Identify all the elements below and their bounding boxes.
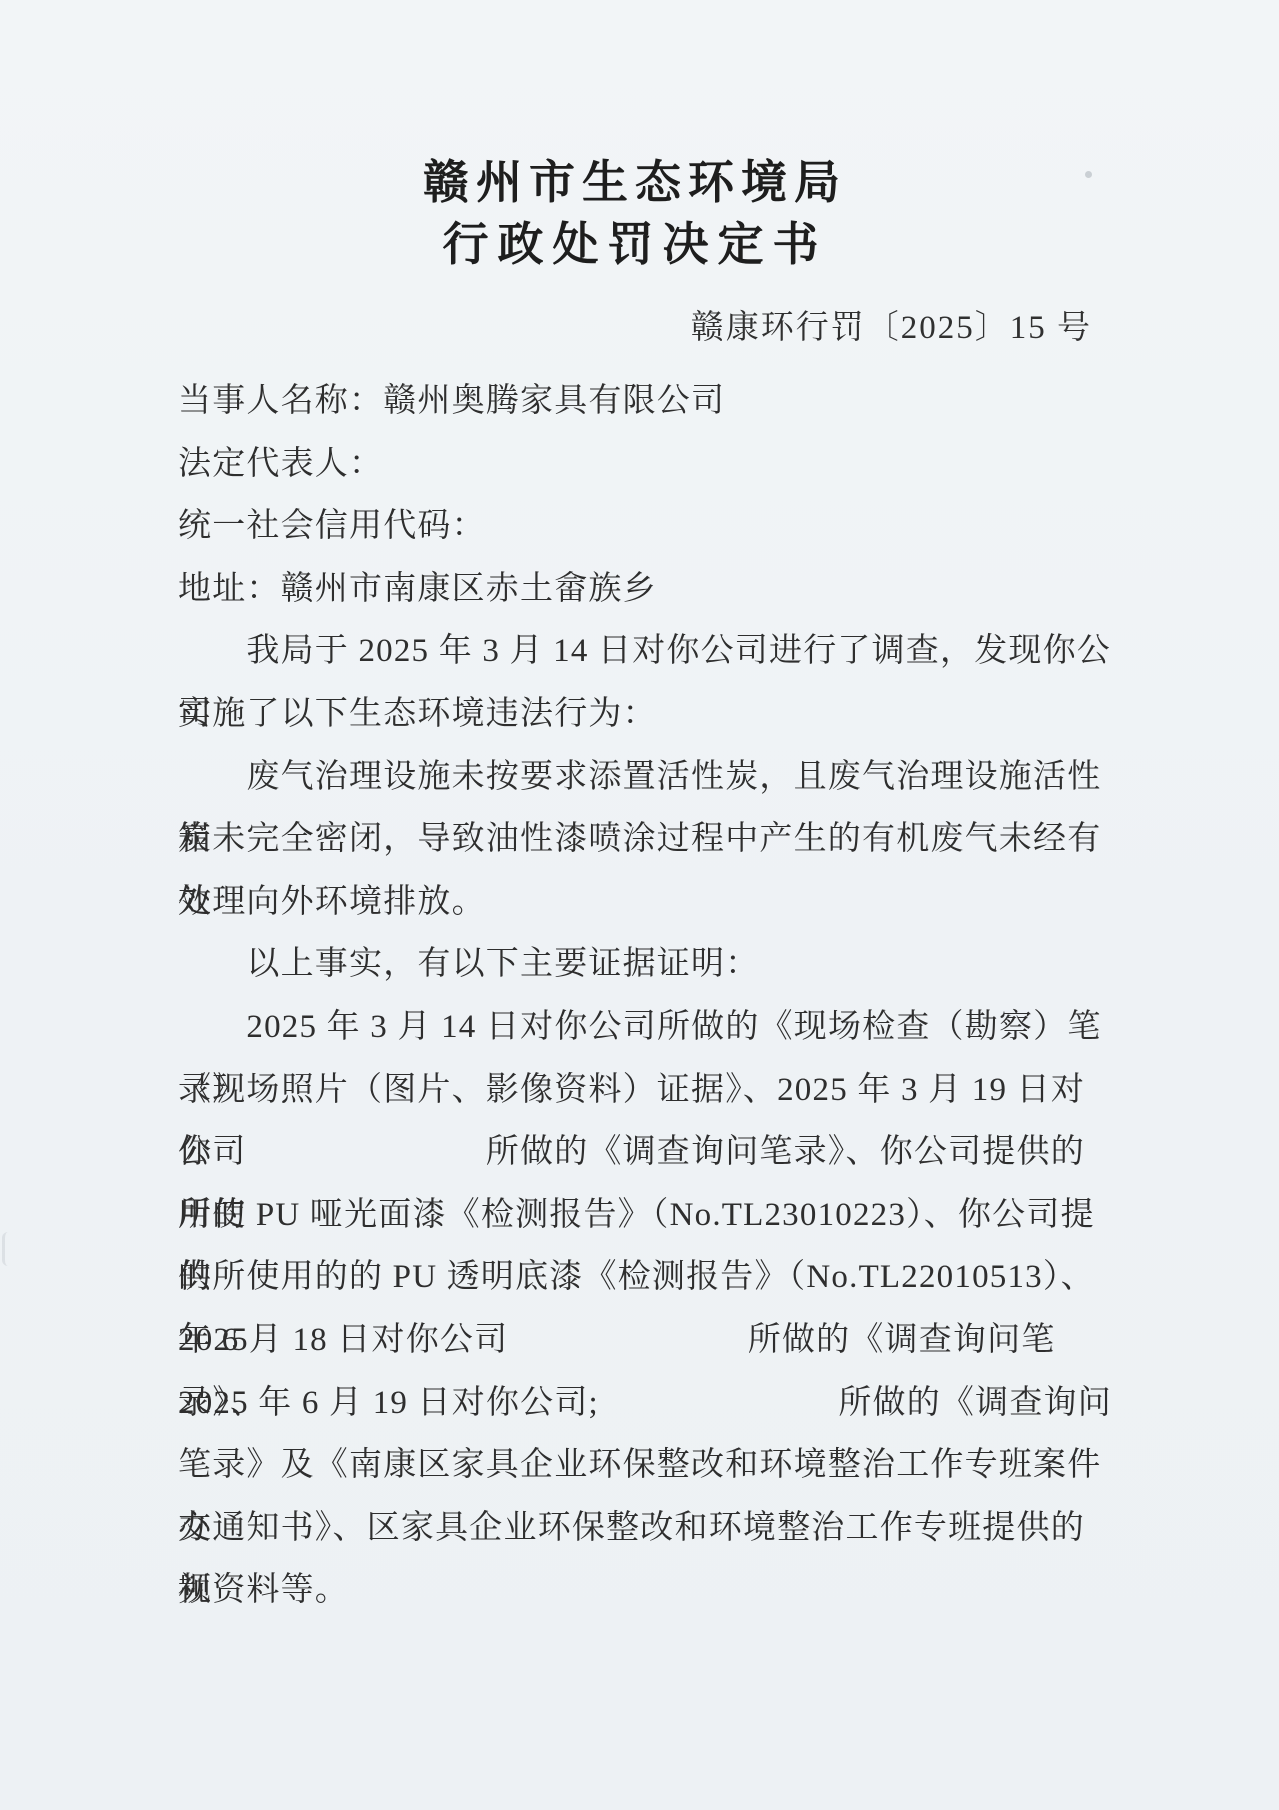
body-line: 实施了以下生态环境违法行为： (178, 683, 1112, 746)
body-line: 处理向外环境排放。 (178, 871, 1112, 934)
body-line: 办通知书》、区家具企业环保整改和环境整治工作专班提供的视 (178, 1497, 1112, 1560)
body-line: 用的 PU 哑光面漆《检测报告》（No.TL23010223）、你公司提供 (178, 1184, 1112, 1247)
body-line-address: 地址：赣州市南康区赤土畲族乡 (178, 558, 1112, 621)
document-number: 赣康环行罚〔2025〕15 号 (178, 301, 1092, 348)
body-line: 2025 年 3 月 14 日对你公司所做的《现场检查（勘察）笔录》 (178, 996, 1112, 1059)
body-line: 箱未完全密闭，导致油性漆喷涂过程中产生的有机废气未经有效 (178, 808, 1112, 871)
body-line-redacted-gap: 2025 年 6 月 19 日对你公司; 所做的《调查询问 (178, 1372, 1112, 1435)
body-line-redacted-gap: 年 6 月 18 日对你公司 所做的《调查询问笔录》、 (178, 1309, 1112, 1372)
body-line: 《现场照片（图片、影像资料）证据》、2025 年 3 月 19 日对你 (178, 1059, 1112, 1122)
document-title-type: 行政处罚决定书 (178, 208, 1092, 274)
body-line-party-name: 当事人名称：赣州奥腾家具有限公司 (178, 370, 1112, 433)
body-line: 频资料等。 (178, 1559, 1112, 1622)
body-line: 的所使用的的 PU 透明底漆《检测报告》（No.TL22010513）、2025 (178, 1246, 1112, 1309)
document-body: 当事人名称：赣州奥腾家具有限公司 法定代表人： 统一社会信用代码： 地址：赣州市… (178, 370, 1112, 1622)
body-line-redacted-gap: 公司 所做的《调查询问笔录》、你公司提供的所使 (178, 1121, 1112, 1184)
body-line: 废气治理设施未按要求添置活性炭，且废气治理设施活性炭 (178, 746, 1112, 809)
scanned-document-page: 赣州市生态环境局 行政处罚决定书 赣康环行罚〔2025〕15 号 当事人名称：赣… (0, 0, 1279, 1810)
body-line: 以上事实，有以下主要证据证明： (178, 933, 1112, 996)
scan-artifact-dot (1085, 171, 1092, 178)
document-title-agency: 赣州市生态环境局 (178, 146, 1092, 212)
body-line-credit-code: 统一社会信用代码： (178, 495, 1112, 558)
scan-artifact-smudge (2, 1232, 15, 1266)
body-line: 笔录》及《南康区家具企业环保整改和环境整治工作专班案件交 (178, 1434, 1112, 1497)
body-line-legal-rep: 法定代表人： (178, 433, 1112, 496)
body-line: 我局于 2025 年 3 月 14 日对你公司进行了调查，发现你公司 (178, 620, 1112, 683)
